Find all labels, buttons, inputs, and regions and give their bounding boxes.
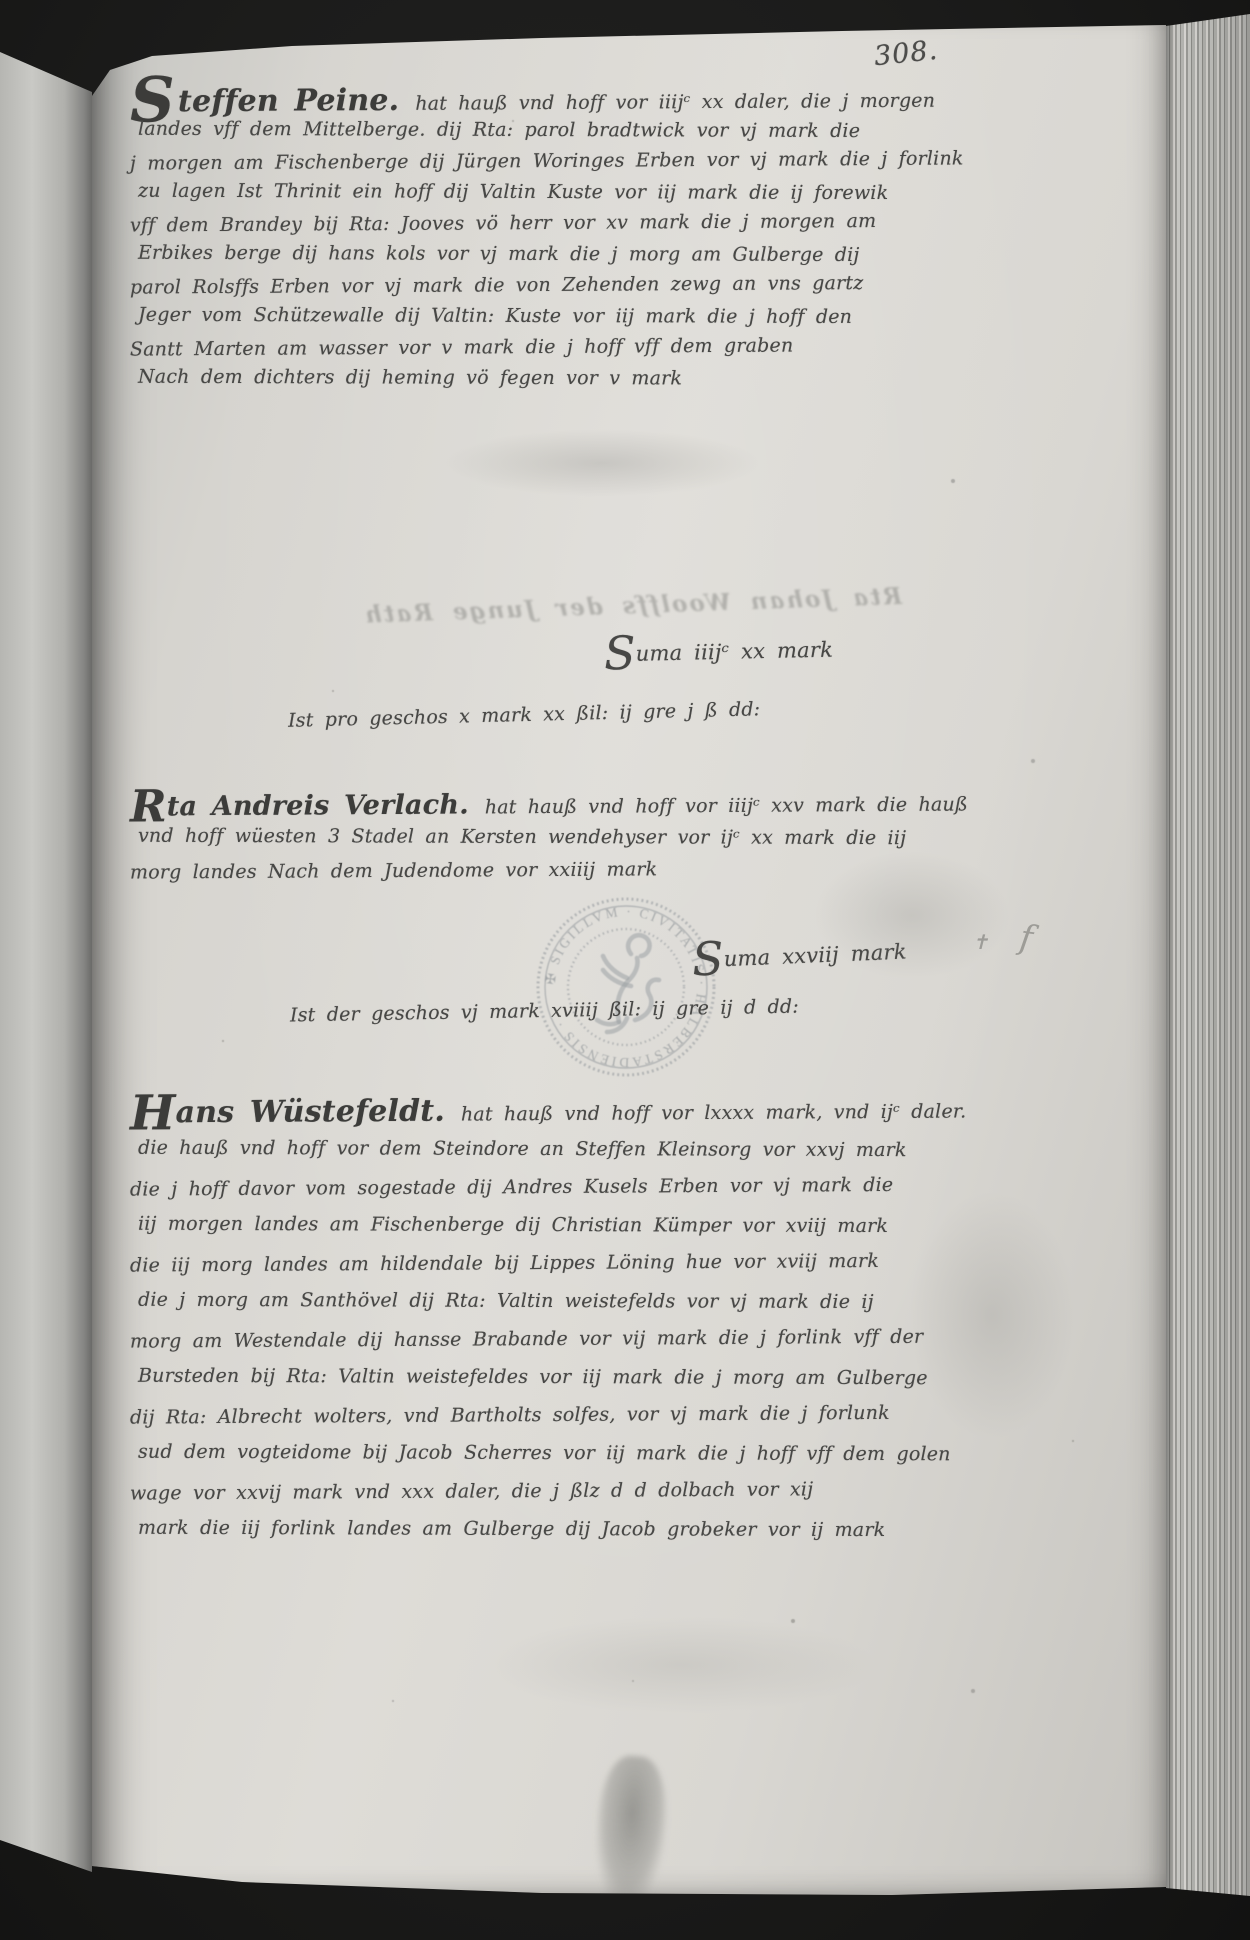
entry-first-line: Rta Andreis Verlach.hat hauß vnd hoff vo… (130, 785, 968, 823)
manuscript-page: 308. Steffen Peine.hat hauß vnd hoff vor… (92, 0, 1166, 1905)
entry-line: Erbikes berge dij hans kols vor vj mark … (138, 238, 972, 272)
entry-line: vnd hoff wüesten 3 Stadel an Kersten wen… (138, 820, 976, 856)
cross-mark: ✝ (972, 930, 989, 954)
entry-line: landes vff dem Mittelberge. dij Rta: par… (138, 114, 972, 148)
facing-page-edge (0, 0, 92, 1905)
manuscript-photo: 308. Steffen Peine.hat hauß vnd hoff vor… (0, 0, 1250, 1940)
ink-showthrough-text: Rta Johan Woolffs der Junge Rath (262, 583, 903, 632)
entry-line: die iij morg landes am hildendale bij Li… (130, 1241, 966, 1284)
entry-line: die j morg am Santhövel dij Rta: Valtin … (138, 1281, 974, 1322)
geschoss-assessment: Ist der geschos vj mark xviiij ßil: ij g… (290, 996, 799, 1027)
margin-marks: ✝ f (972, 918, 1032, 958)
entry-line: Jeger vom Schützewalle dij Valtin: Kuste… (138, 300, 972, 334)
entry-line: wage vor xxvij mark vnd xxx daler, die j… (130, 1469, 966, 1512)
letter-f-mark: f (1017, 917, 1035, 958)
register-entry-hans-wuestefeldt: Hans Wüstefeldt.hat hauß vnd hoff vor lx… (130, 1092, 966, 1548)
entry-line: parol Rolsffs Erben vor vj mark die von … (130, 267, 964, 303)
entry-line: zu lagen Ist Thrinit ein hoff dij Valtin… (138, 176, 972, 210)
entry-line: Santt Marten am wasser vor v mark die j … (130, 329, 964, 365)
entry-heading-rest: hat hauß vnd hoff vor lxxxx mark, vnd ij… (461, 1100, 966, 1125)
book-fore-edge (1166, 0, 1250, 1905)
entry-first-line: Hans Wüstefeldt.hat hauß vnd hoff vor lx… (130, 1089, 966, 1132)
entry-heading: Rta Andreis Verlach. (130, 788, 469, 823)
entry-line: morg am Westendale dij hansse Brabande v… (130, 1317, 966, 1360)
paper-stain (392, 418, 812, 508)
entry-line: vff dem Brandey bij Rta: Jooves vö herr … (130, 205, 964, 241)
entry-first-line: Steffen Peine.hat hauß vnd hoff vor iiij… (130, 81, 964, 117)
entry-line: die hauß vnd hoff vor dem Steindore an S… (138, 1129, 974, 1170)
paper-stain (422, 1600, 942, 1730)
archive-seal: ✠ SIGILLVM ∙ CIVITATIS ∙ HALBERSTADIENSI… (531, 892, 721, 1082)
register-entry-andreis-verlach: Rta Andreis Verlach.hat hauß vnd hoff vo… (130, 788, 968, 887)
entry-heading-rest: hat hauß vnd hoff vor iiijᶜ xx daler, di… (415, 90, 935, 115)
entry-line: Bursteden bij Rta: Valtin weistefeldes v… (138, 1357, 974, 1398)
entry-heading: Hans Wüstefeldt. (130, 1093, 445, 1133)
suma-total: Suma iiijᶜ xx mark (604, 638, 834, 667)
entry-heading: Steffen Peine. (130, 85, 399, 118)
entry-line: die j hoff davor vom sogestade dij Andre… (130, 1165, 966, 1208)
folio-number: 308. (873, 35, 940, 73)
entry-line: sud dem vogteidome bij Jacob Scherres vo… (138, 1433, 974, 1474)
entry-line: mark die iij forlink landes am Gulberge … (138, 1509, 974, 1550)
entry-line: iij morgen landes am Fischenberge dij Ch… (138, 1205, 974, 1246)
register-entry-steffen-peine: Steffen Peine.hat hauß vnd hoff vor iiij… (130, 84, 964, 394)
geschoss-assessment: Ist pro geschos x mark xx ßil: ij gre j … (288, 698, 761, 732)
dust-specks (92, 0, 94, 2)
entry-line: morg landes Nach dem Judendome vor xxiii… (130, 851, 968, 889)
entry-line: dij Rta: Albrecht wolters, vnd Bartholts… (130, 1393, 966, 1436)
ink-smudge-stain (592, 1754, 670, 1908)
entry-line: j morgen am Fischenberge dij Jürgen Wori… (130, 143, 964, 179)
entry-line: Nach dem dichters dij heming vö fegen vo… (138, 362, 972, 396)
suma-total: Suma xxviij mark (692, 940, 908, 973)
entry-heading-rest: hat hauß vnd hoff vor iiijᶜ xxv mark die… (485, 793, 968, 818)
